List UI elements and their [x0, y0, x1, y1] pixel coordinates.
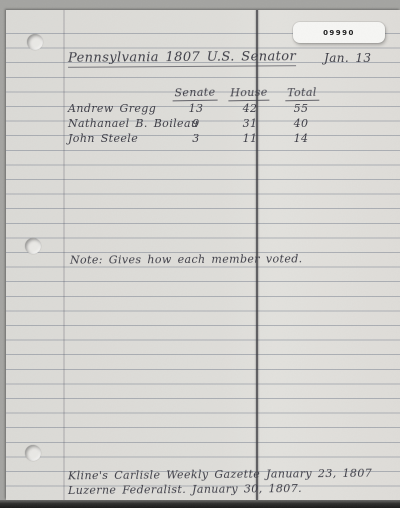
row-name-boileau: Nathanael B. Boileau — [68, 117, 198, 130]
column-header-house: House — [228, 86, 270, 102]
scanned-document: 09990 Pennsylvania 1807 U.S. Senator Jan… — [0, 0, 400, 508]
gregg-total-votes: 55 — [294, 102, 309, 115]
boileau-house-votes: 31 — [243, 117, 258, 130]
id-sticker: 09990 — [293, 22, 385, 43]
column-header-total: Total — [285, 86, 319, 102]
page-title: Pennsylvania 1807 U.S. Senator — [68, 49, 296, 68]
punch-hole-middle — [25, 238, 41, 254]
row-name-steele: John Steele — [68, 132, 138, 145]
boileau-senate-votes: 9 — [192, 117, 199, 130]
citation-federalist: Luzerne Federalist. January 30, 1807. — [68, 482, 302, 497]
punch-hole-bottom — [25, 445, 41, 461]
boileau-total-votes: 40 — [294, 117, 309, 130]
gregg-senate-votes: 13 — [189, 102, 204, 115]
notebook-paper: 09990 Pennsylvania 1807 U.S. Senator Jan… — [6, 10, 400, 500]
steele-total-votes: 14 — [294, 132, 309, 145]
page-bottom-edge — [0, 500, 400, 508]
note-line: Note: Gives how each member voted. — [70, 252, 303, 266]
page-date: Jan. 13 — [324, 51, 371, 65]
fold-crease-left — [63, 10, 65, 500]
sticker-number: 09990 — [323, 29, 355, 37]
steele-senate-votes: 3 — [192, 132, 199, 145]
citation-gazette: Kline's Carlisle Weekly Gazette January … — [68, 467, 372, 483]
punch-hole-top — [27, 34, 43, 50]
gregg-house-votes: 42 — [243, 102, 258, 115]
steele-house-votes: 11 — [243, 132, 258, 145]
row-name-gregg: Andrew Gregg — [68, 102, 156, 115]
column-header-senate: Senate — [172, 86, 217, 102]
